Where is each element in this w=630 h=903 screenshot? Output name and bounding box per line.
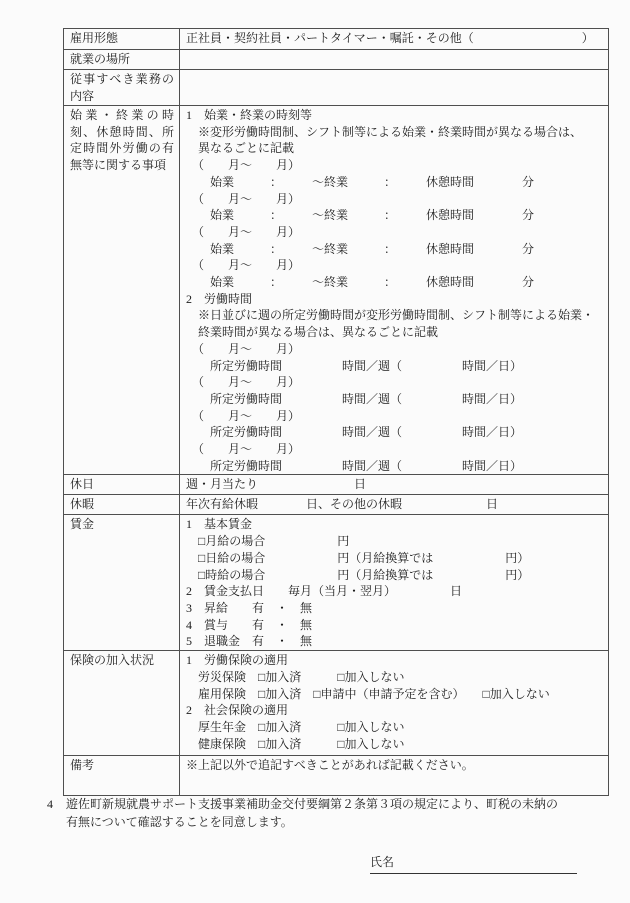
form-line: ※日並びに週の所定労働時間が変形労働時間制、シフト制等による始業・: [186, 307, 603, 324]
row-label-days-off: 休日: [64, 475, 180, 495]
form-line: 4 賞与 有 ・ 無: [186, 617, 603, 634]
form-line: 始業 ： ～終業 ： 休憩時間 分: [186, 207, 603, 224]
form-line: 所定労働時間 時間／週（ 時間／日）: [186, 391, 603, 408]
form-line: （ 月～ 月）: [186, 257, 603, 274]
row-label-job-duties: 従事すべき業務の内容: [64, 70, 180, 106]
row-label-leave: 休暇: [64, 495, 180, 515]
row-employment-type: 雇用形態 正社員・契約社員・パートタイマー・嘱託・その他（ ）: [64, 29, 609, 50]
name-label: 氏名: [370, 855, 394, 869]
form-line: （ 月～ 月）: [186, 224, 603, 241]
form-line: 2 労働時間: [186, 291, 603, 308]
row-label-employment-type: 雇用形態: [64, 29, 180, 50]
row-job-duties: 従事すべき業務の内容: [64, 70, 609, 106]
form-line: 始業 ： ～終業 ： 休憩時間 分: [186, 174, 603, 191]
row-value-work-location: [180, 50, 609, 70]
form-line: （ 月～ 月）: [186, 341, 603, 358]
row-label-remarks: 備考: [64, 756, 180, 796]
clause-number: 4: [47, 796, 53, 814]
row-value-days-off: 週・月当たり 日: [180, 475, 609, 495]
form-line: 5 退職金 有 ・ 無: [186, 633, 603, 650]
form-line: 労災保険 □加入済 □加入しない: [186, 669, 603, 686]
form-line: （ 月～ 月）: [186, 191, 603, 208]
row-value-wages: 1 基本賃金 □月給の場合 円 □日給の場合 円（月給換算では 円） □時給の場…: [180, 515, 609, 651]
form-line: 1 基本賃金: [186, 516, 603, 533]
consent-clause: 4 遊佐町新規就農サポート支援事業補助金交付要綱第２条第３項の規定により、町税の…: [47, 796, 569, 831]
form-line: 厚生年金 □加入済 □加入しない: [186, 719, 603, 736]
form-line: 2 賃金支払日 毎月（当月・翌月） 日: [186, 583, 603, 600]
row-work-location: 就業の場所: [64, 50, 609, 70]
form-line: 1 労働保険の適用: [186, 652, 603, 669]
row-value-job-duties: [180, 70, 609, 106]
row-value-employment-type: 正社員・契約社員・パートタイマー・嘱託・その他（ ）: [180, 29, 609, 50]
row-days-off: 休日 週・月当たり 日: [64, 475, 609, 495]
form-line: 3 昇給 有 ・ 無: [186, 600, 603, 617]
form-line: 1 始業・終業の時刻等: [186, 107, 603, 124]
form-line: （ 月～ 月）: [186, 157, 603, 174]
form-line: 年次有給休暇 日、その他の休暇 日: [186, 496, 603, 513]
form-line: 所定労働時間 時間／週（ 時間／日）: [186, 458, 603, 475]
form-line: ※上記以外で追記すべきことがあれば記載ください。: [186, 757, 603, 774]
form-line: 週・月当たり 日: [186, 476, 603, 493]
form-line: □日給の場合 円（月給換算では 円）: [186, 550, 603, 567]
clause-text: 遊佐町新規就農サポート支援事業補助金交付要綱第２条第３項の規定により、町税の未納…: [47, 796, 569, 831]
row-leave: 休暇 年次有給休暇 日、その他の休暇 日: [64, 495, 609, 515]
form-line: 始業 ： ～終業 ： 休憩時間 分: [186, 241, 603, 258]
row-value-insurance: 1 労働保険の適用 労災保険 □加入済 □加入しない 雇用保険 □加入済 □申請…: [180, 651, 609, 756]
signature-name-field: 氏名: [370, 853, 577, 874]
row-remarks: 備考 ※上記以外で追記すべきことがあれば記載ください。: [64, 756, 609, 796]
form-line: 2 社会保険の適用: [186, 702, 603, 719]
form-line: □月給の場合 円: [186, 533, 603, 550]
row-value-remarks: ※上記以外で追記すべきことがあれば記載ください。: [180, 756, 609, 796]
form-line: 異なるごとに記載: [186, 140, 603, 157]
row-working-hours: 始業・終業の時刻、休憩時間、所定時間外労働の有無等に関する事項 1 始業・終業の…: [64, 106, 609, 475]
form-line: 健康保険 □加入済 □加入しない: [186, 736, 603, 753]
form-line: 雇用保険 □加入済 □申請中（申請予定を含む） □加入しない: [186, 686, 603, 703]
row-label-insurance: 保険の加入状況: [64, 651, 180, 756]
row-insurance: 保険の加入状況 1 労働保険の適用 労災保険 □加入済 □加入しない 雇用保険 …: [64, 651, 609, 756]
form-line: （ 月～ 月）: [186, 374, 603, 391]
row-value-leave: 年次有給休暇 日、その他の休暇 日: [180, 495, 609, 515]
row-label-wages: 賃金: [64, 515, 180, 651]
row-label-work-location: 就業の場所: [64, 50, 180, 70]
form-line: ※変形労働時間制、シフト制等による始業・終業時間が異なる場合は、: [186, 124, 603, 141]
form-line: 始業 ： ～終業 ： 休憩時間 分: [186, 274, 603, 291]
row-value-working-hours: 1 始業・終業の時刻等 ※変形労働時間制、シフト制等による始業・終業時間が異なる…: [180, 106, 609, 475]
form-line: （ 月～ 月）: [186, 408, 603, 425]
form-line: 所定労働時間 時間／週（ 時間／日）: [186, 424, 603, 441]
employment-conditions-table: 雇用形態 正社員・契約社員・パートタイマー・嘱託・その他（ ） 就業の場所 従事…: [63, 28, 609, 796]
form-line: 所定労働時間 時間／週（ 時間／日）: [186, 358, 603, 375]
form-line: （ 月～ 月）: [186, 441, 603, 458]
row-wages: 賃金 1 基本賃金 □月給の場合 円 □日給の場合 円（月給換算では 円） □時…: [64, 515, 609, 651]
row-label-working-hours: 始業・終業の時刻、休憩時間、所定時間外労働の有無等に関する事項: [64, 106, 180, 475]
form-line: 終業時間が異なる場合は、異なるごとに記載: [186, 324, 603, 341]
form-line: □時給の場合 円（月給換算では 円）: [186, 567, 603, 584]
form-line: 正社員・契約社員・パートタイマー・嘱託・その他（ ）: [186, 30, 603, 47]
